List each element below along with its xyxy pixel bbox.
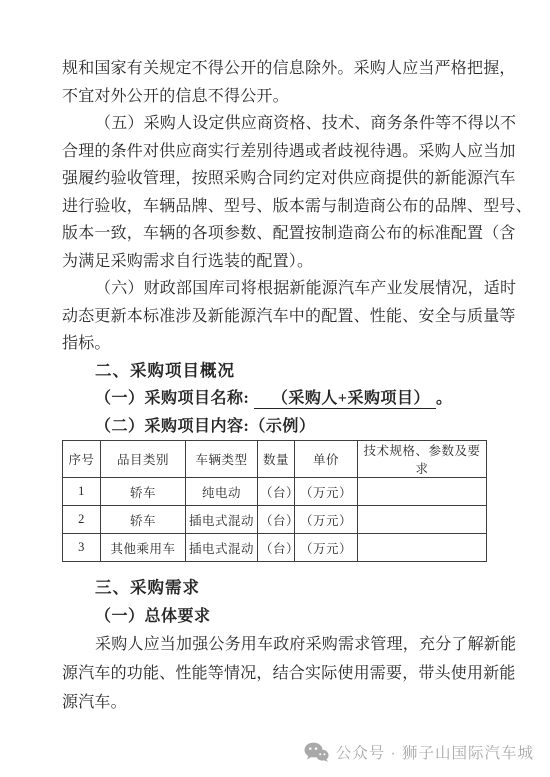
- table-cell: 其他乘用车: [101, 534, 186, 562]
- table-row: 1 轿车 纯电动 （台） （万元）: [63, 478, 487, 506]
- table-cell: [358, 506, 487, 534]
- paragraph-line: 指标。: [62, 330, 490, 358]
- table-cell: 插电式混动: [186, 534, 258, 562]
- item-name-label: （一）采购项目名称:: [95, 390, 249, 407]
- wechat-icon: [304, 742, 329, 762]
- table-cell: 2: [63, 506, 101, 534]
- subsection-title: （一）总体要求: [62, 603, 490, 631]
- watermark-text: 公众号 · 狮子山国际汽车城: [336, 741, 534, 763]
- table-cell: （台）: [258, 506, 295, 534]
- item-content-line: （二）采购项目内容:（示例）: [62, 413, 490, 441]
- table-header-cell: 序号: [63, 441, 101, 478]
- paragraph-line: （六）财政部国库司将根据新能源汽车产业发展情况，适时: [62, 275, 490, 303]
- item-name-period: 。: [436, 390, 453, 407]
- section-heading-3: 三、采购需求: [62, 575, 490, 603]
- table-cell: （万元）: [295, 506, 358, 534]
- table-cell: 纯电动: [186, 478, 258, 506]
- table-cell: （万元）: [295, 534, 358, 562]
- table-cell: [358, 478, 487, 506]
- section-heading-2: 二、采购项目概况: [62, 358, 490, 386]
- table-header-cell: 单价: [295, 441, 358, 478]
- table-cell: 插电式混动: [186, 506, 258, 534]
- table-header-row: 序号 品目类别 车辆类型 数量 单价 技术规格、参数及要求: [63, 441, 487, 478]
- paragraph-line: 源汽车的功能、性能等情况，结合实际使用需要，带头使用新能: [62, 659, 490, 688]
- procurement-table: 序号 品目类别 车辆类型 数量 单价 技术规格、参数及要求 1 轿车 纯电动 （…: [62, 440, 487, 562]
- paragraph-line: 版本一致，车辆的各项参数、配置按制造商公布的标准配置（含: [62, 220, 490, 248]
- table-cell: （台）: [258, 534, 295, 562]
- table-cell: 轿车: [101, 506, 186, 534]
- table-cell: 1: [63, 478, 101, 506]
- table-header-cell: 数量: [258, 441, 295, 478]
- table-header-cell: 车辆类型: [186, 441, 258, 478]
- table-cell: （台）: [258, 478, 295, 506]
- document-page: 规和国家有关规定不得公开的信息除外。采购人应当严格把握， 不宜对外公开的信息不得…: [0, 0, 550, 777]
- paragraph-line: 动态更新本标准涉及新能源汽车中的配置、性能、安全与质量等: [62, 303, 490, 331]
- watermark: 公众号 · 狮子山国际汽车城: [304, 741, 534, 763]
- paragraph-line: 不宜对外公开的信息不得公开。: [62, 83, 490, 111]
- paragraph-line: 采购人应当加强公务用车政府采购需求管理，充分了解新能: [62, 630, 490, 659]
- paragraph-line: 合理的条件对供应商实行差别待遇或者歧视待遇。采购人应当加: [62, 138, 490, 166]
- table-header-cell: 技术规格、参数及要求: [358, 441, 487, 478]
- table-cell: [358, 534, 487, 562]
- paragraph-line: 进行验收，车辆品牌、型号、版本需与制造商公布的品牌、型号、: [62, 193, 490, 221]
- blank-underline: （采购人+采购项目）: [254, 390, 436, 409]
- paragraph-line: 为满足采购需求自行选装的配置）。: [62, 248, 490, 276]
- paragraph-line: （五）采购人设定供应商资格、技术、商务条件等不得以不: [62, 110, 490, 138]
- table-row: 2 轿车 插电式混动 （台） （万元）: [63, 506, 487, 534]
- paragraph-line: 规和国家有关规定不得公开的信息除外。采购人应当严格把握，: [62, 55, 490, 83]
- paragraph-line: 强履约验收管理，按照采购合同约定对供应商提供的新能源汽车: [62, 165, 490, 193]
- table-row: 3 其他乘用车 插电式混动 （台） （万元）: [63, 534, 487, 562]
- table-header-cell: 品目类别: [101, 441, 186, 478]
- item-name-line: （一）采购项目名称: （采购人+采购项目）。: [62, 385, 490, 413]
- paragraph-line: 源汽车。: [62, 688, 490, 717]
- table-cell: 轿车: [101, 478, 186, 506]
- table-cell: （万元）: [295, 478, 358, 506]
- table-cell: 3: [63, 534, 101, 562]
